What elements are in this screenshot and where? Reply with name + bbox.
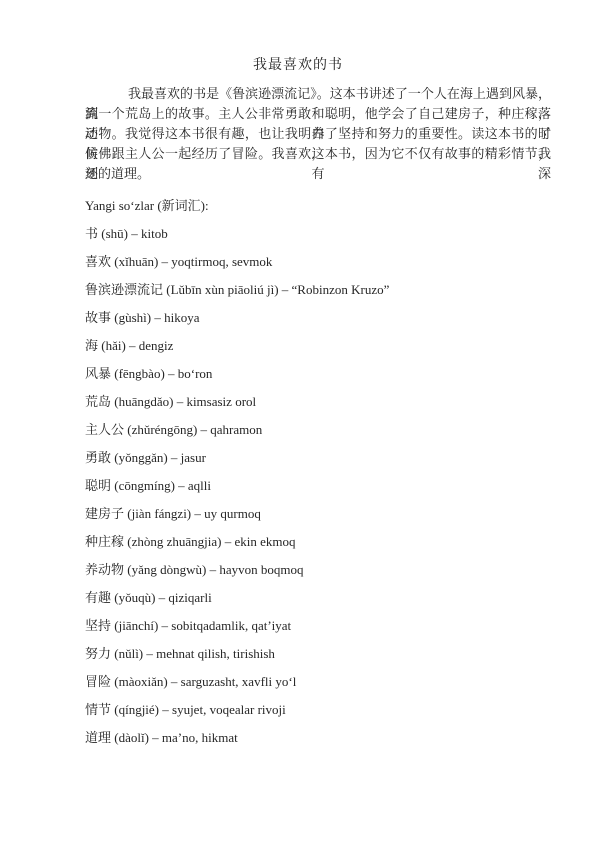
essay-title: 我最喜欢的书 — [0, 56, 596, 76]
vocab-item: 有趣 (yǒuqù) – qiziqarli — [85, 584, 565, 612]
vocab-item: 喜欢 (xǐhuān) – yoqtirmoq, sevmok — [85, 248, 565, 276]
vocab-item: 坚持 (jiānchí) – sobitqadamlik, qat’iyat — [85, 612, 565, 640]
essay-paragraph: 我最喜欢的书是《鲁滨逊漂流记》。这本书讲述了一个人在海上遇到风暴，流落 到一个荒… — [85, 84, 551, 184]
vocab-section: Yangi so‘zlar (新词汇): 书 (shū) – kitob 喜欢 … — [85, 192, 565, 752]
essay-line: 动物。我觉得这本书很有趣，也让我明白了坚持和努力的重要性。读这本书的时候，我 — [85, 124, 551, 144]
vocab-item: 书 (shū) – kitob — [85, 220, 565, 248]
vocab-item: 建房子 (jiàn fángzi) – uy qurmoq — [85, 500, 565, 528]
vocab-item: 养动物 (yǎng dòngwù) – hayvon boqmoq — [85, 556, 565, 584]
vocab-item: 努力 (nǔlì) – mehnat qilish, tirishish — [85, 640, 565, 668]
essay-line: 仿佛跟主人公一起经历了冒险。我喜欢这本书，因为它不仅有故事的精彩情节，还有深 — [85, 144, 551, 164]
vocab-item: 风暴 (fēngbào) – bo‘ron — [85, 360, 565, 388]
vocab-heading: Yangi so‘zlar (新词汇): — [85, 192, 565, 220]
vocab-item: 道理 (dàolǐ) – ma’no, hikmat — [85, 724, 565, 752]
vocab-item: 勇敢 (yǒnggǎn) – jasur — [85, 444, 565, 472]
essay-line: 我最喜欢的书是《鲁滨逊漂流记》。这本书讲述了一个人在海上遇到风暴，流落 — [85, 84, 551, 104]
vocab-item: 种庄稼 (zhòng zhuāngjia) – ekin ekmoq — [85, 528, 565, 556]
vocab-item: 主人公 (zhǔréngōng) – qahramon — [85, 416, 565, 444]
vocab-item: 故事 (gùshì) – hikoya — [85, 304, 565, 332]
vocab-item: 荒岛 (huāngdǎo) – kimsasiz orol — [85, 388, 565, 416]
vocab-item: 聪明 (cōngmíng) – aqlli — [85, 472, 565, 500]
vocab-item: 冒险 (màoxiǎn) – sarguzasht, xavfli yo‘l — [85, 668, 565, 696]
vocab-item: 情节 (qíngjié) – syujet, voqealar rivoji — [85, 696, 565, 724]
document-page: 我最喜欢的书 我最喜欢的书是《鲁滨逊漂流记》。这本书讲述了一个人在海上遇到风暴，… — [0, 0, 596, 842]
essay-line: 到一个荒岛上的故事。主人公非常勇敢和聪明，他学会了自己建房子，种庄稼，还养了 — [85, 104, 551, 124]
vocab-item: 海 (hǎi) – dengiz — [85, 332, 565, 360]
vocab-item: 鲁滨逊漂流记 (Lǔbīn xùn piāoliú jì) – “Robinzo… — [85, 276, 565, 304]
